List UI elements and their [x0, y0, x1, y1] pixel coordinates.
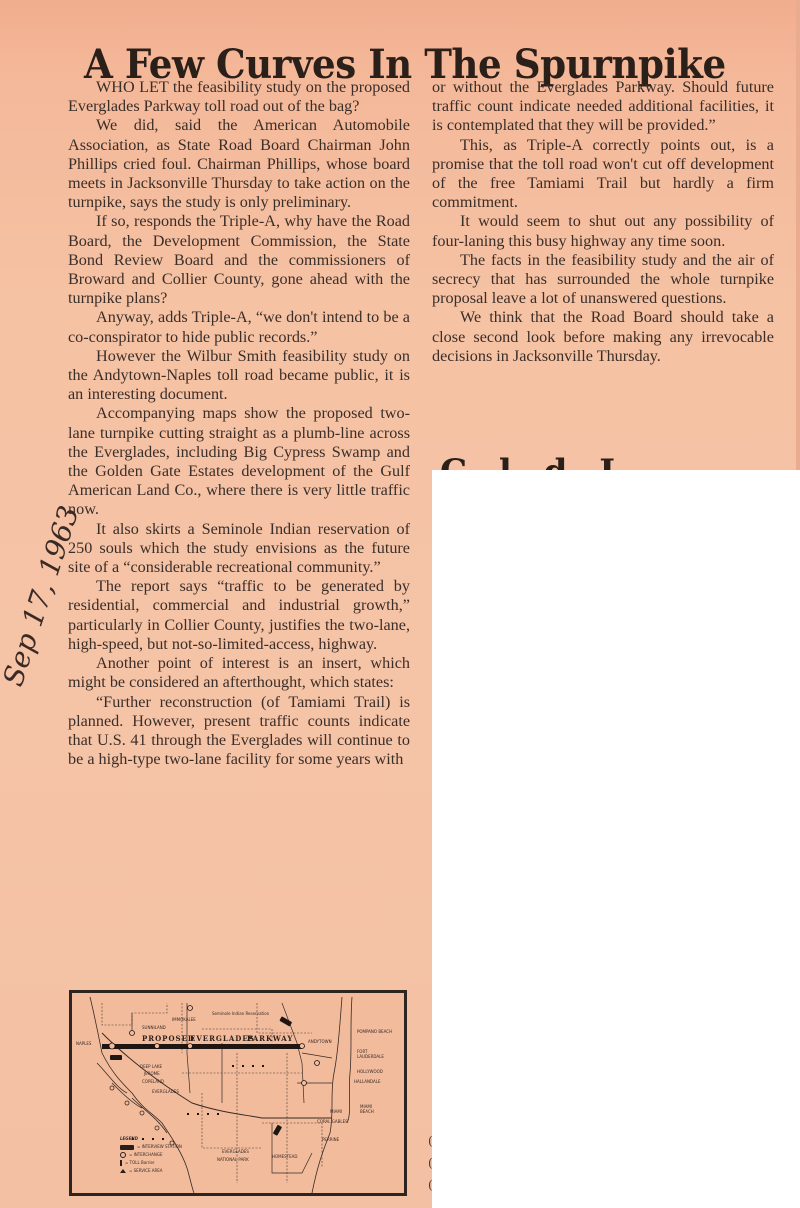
- map-label-seminole-reservation: Seminole Indian Reservation: [212, 1011, 270, 1016]
- map-label-everglades-city: EVERGLADES: [152, 1089, 179, 1094]
- article-column-right: or without the Everglades Parkway. Shoul…: [432, 78, 774, 366]
- map-label-perrine: PERRINE: [322, 1137, 340, 1142]
- legend-title: LEGEND: [120, 1135, 210, 1143]
- paragraph: The report says “traffic to be generated…: [68, 577, 410, 654]
- legend-item: = SERVICE AREA: [120, 1167, 210, 1175]
- map-label-immokalee: IMMOKALEE: [172, 1017, 196, 1022]
- paragraph: If so, responds the Triple-A, why have t…: [68, 212, 410, 308]
- legend-label: = SERVICE AREA: [129, 1167, 163, 1175]
- toll-barrier-icon: [120, 1160, 122, 1166]
- paragraph: Accompanying maps show the proposed two-…: [68, 404, 410, 519]
- service-area-icon: [120, 1169, 126, 1173]
- paragraph: However the Wilbur Smith feasibility stu…: [68, 347, 410, 405]
- adjacent-column-fragment: (((: [428, 1130, 438, 1196]
- map-label-proposed: PROPOSED: [142, 1034, 195, 1043]
- paragraph: It also skirts a Seminole Indian reserva…: [68, 520, 410, 578]
- paragraph: It would seem to shut out any possibilit…: [432, 212, 774, 250]
- legend-item: = TOLL Barrier: [120, 1159, 210, 1167]
- legend-item: = INTERVIEW STATION: [120, 1143, 210, 1151]
- next-article-headline-fragment: C l d I: [440, 452, 640, 470]
- map-label-coral-gables: CORAL GABLES: [317, 1119, 348, 1124]
- map-label-everglades: EVERGLADES: [190, 1034, 255, 1043]
- legend-label: = INTERVIEW STATION: [137, 1143, 182, 1151]
- everglades-parkway-map: PROPOSED EVERGLADES PARKWAY NAPLES IMMOK…: [69, 990, 407, 1196]
- map-label-homestead: HOMESTEAD: [272, 1154, 297, 1159]
- paragraph: WHO LET the feasibility study on the pro…: [68, 78, 410, 116]
- interchange-icon: [120, 1152, 126, 1158]
- map-legend: LEGEND = INTERVIEW STATION = INTERCHANGE…: [120, 1135, 210, 1175]
- map-label-lauderdale: LAUDERDALE: [357, 1054, 384, 1059]
- paragraph: This, as Triple-A correctly points out, …: [432, 136, 774, 213]
- paragraph: Another point of interest is an insert, …: [68, 654, 410, 692]
- map-label-miami: MIAMI: [330, 1109, 342, 1114]
- article-column-left: WHO LET the feasibility study on the pro…: [68, 78, 410, 769]
- paragraph: We think that the Road Board should take…: [432, 308, 774, 366]
- map-label-miami-beach-2: BEACH: [360, 1109, 374, 1114]
- map-label-copeland: COPELAND: [142, 1079, 164, 1084]
- map-label-everglades-np: EVERGLADES: [222, 1149, 249, 1154]
- paragraph: or without the Everglades Parkway. Shoul…: [432, 78, 774, 136]
- map-label-hallandale: HALLANDALE: [354, 1079, 381, 1084]
- interview-station-icon: [120, 1145, 134, 1150]
- map-label-hollywood: HOLLYWOOD: [357, 1069, 383, 1074]
- map-label-national-park: NATIONAL PARK: [217, 1157, 249, 1162]
- map-label-sunniland: SUNNILAND: [142, 1025, 166, 1030]
- legend-label: = INTERCHANGE: [129, 1151, 163, 1159]
- clipping-edge: [796, 0, 800, 470]
- map-label-jerome: JEROME: [143, 1071, 160, 1076]
- map-label-parkway: PARKWAY: [247, 1034, 293, 1043]
- paragraph: Anyway, adds Triple-A, “we don't intend …: [68, 308, 410, 346]
- map-label-naples: NAPLES: [76, 1041, 92, 1046]
- paragraph: We did, said the American Automobile Ass…: [68, 116, 410, 212]
- map-label-deep-lake: DEEP LAKE: [140, 1064, 162, 1069]
- map-label-pompano-beach: POMPANO BEACH: [357, 1029, 392, 1034]
- legend-item: = INTERCHANGE: [120, 1151, 210, 1159]
- paragraph: The facts in the feasibility study and t…: [432, 251, 774, 309]
- blank-area: [432, 470, 800, 1208]
- map-label-andytown: ANDYTOWN: [308, 1039, 332, 1044]
- legend-label: = TOLL Barrier: [125, 1159, 155, 1167]
- paragraph: “Further reconstruction (of Tamiami Trai…: [68, 693, 410, 770]
